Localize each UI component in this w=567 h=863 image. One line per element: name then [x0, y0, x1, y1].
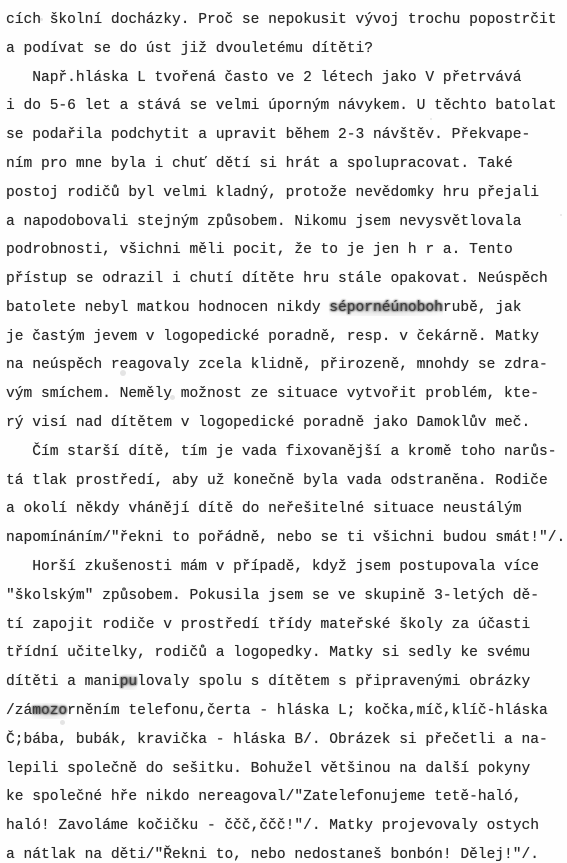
text-line: Č;bába, bubák, kravička - hláska B/. Obr…: [6, 731, 548, 749]
line-text: batolete nebyl matkou hodnocen nikdy: [6, 300, 329, 316]
line-text: rý visí nad dítětem v logopedické poradn…: [6, 415, 530, 431]
text-line: /zámozorněním telefonu,čerta - hláska L;…: [6, 702, 548, 720]
text-line: třídní učitelky, rodičů a logopedky. Mat…: [6, 644, 530, 662]
typewritten-page: cích školní docházky. Proč se nepokusit …: [0, 0, 567, 863]
line-text: napomínáním/"řekni to pořádně, nebo se t…: [6, 530, 565, 546]
line-text: lepili společně do sešitku. Bohužel větš…: [6, 761, 530, 777]
line-text: a podívat se do úst již dvouletému dítět…: [6, 41, 373, 57]
text-line: Čím starší dítě, tím je vada fixovanější…: [6, 443, 556, 461]
text-line: ke společné hře nikdo nereagoval/"Zatele…: [6, 788, 522, 806]
text-line: je častým jevem v logopedické poradně, r…: [6, 328, 539, 346]
overstrike-correction: mozo: [32, 703, 67, 719]
line-text: tí zapojit rodiče v prostředí třídy mate…: [6, 617, 530, 633]
text-line: a nátlak na děti/"Řekni to, nebo nedosta…: [6, 846, 539, 863]
paper-speck: [170, 395, 175, 400]
text-line: a podívat se do úst již dvouletému dítět…: [6, 40, 373, 58]
line-text: cích školní docházky. Proč se nepokusit …: [6, 12, 556, 28]
paper-speck: [560, 214, 562, 216]
paper-speck: [243, 418, 245, 420]
text-line: Horší zkušenosti mám v případě, když jse…: [6, 558, 539, 576]
line-text: haló! Zavoláme kočičku - ččč,ččč!"/. Mat…: [6, 818, 539, 834]
text-line: a okolí někdy vhánějí dítě do neřešiteln…: [6, 500, 522, 518]
line-text: vým smíchem. Neměly možnost ze situace v…: [6, 386, 539, 402]
line-text: je častým jevem v logopedické poradně, r…: [6, 329, 539, 345]
line-text: tá tlak prostředí, aby už konečně byla v…: [6, 473, 548, 489]
text-line: dítěti a manipulovaly spolu s dítětem s …: [6, 673, 530, 691]
text-line: na neúspěch reagovaly zcela klidně, přir…: [6, 356, 548, 374]
line-text: ke společné hře nikdo nereagoval/"Zatele…: [6, 789, 522, 805]
text-line: podrobnosti, všichni měli pocit, že to j…: [6, 241, 513, 259]
line-text: podrobnosti, všichni měli pocit, že to j…: [6, 242, 513, 258]
line-text: a okolí někdy vhánějí dítě do neřešiteln…: [6, 501, 522, 517]
text-line: lepili společně do sešitku. Bohužel větš…: [6, 760, 530, 778]
text-line: haló! Zavoláme kočičku - ččč,ččč!"/. Mat…: [6, 817, 539, 835]
paper-speck: [120, 370, 126, 376]
text-line: Např.hláska L tvořená často ve 2 létech …: [6, 69, 522, 87]
text-line: rý visí nad dítětem v logopedické poradn…: [6, 414, 530, 432]
line-text: rněním telefonu,čerta - hláska L; kočka,…: [67, 703, 548, 719]
line-text: lovaly spolu s dítětem s připravenými ob…: [137, 674, 530, 690]
line-text: Č;bába, bubák, kravička - hláska B/. Obr…: [6, 732, 548, 748]
paper-speck: [40, 18, 43, 21]
text-line: ním pro mne byla i chuť dětí si hrát a s…: [6, 155, 513, 173]
text-line: a napodobovali stejným způsobem. Nikomu …: [6, 213, 522, 231]
text-line: vým smíchem. Neměly možnost ze situace v…: [6, 385, 539, 403]
line-text: Horší zkušenosti mám v případě, když jse…: [6, 559, 539, 575]
paper-speck: [60, 720, 65, 725]
text-line: cích školní docházky. Proč se nepokusit …: [6, 11, 556, 29]
text-line: napomínáním/"řekni to pořádně, nebo se t…: [6, 529, 565, 547]
text-line: postoj rodičů byl velmi kladný, protože …: [6, 184, 539, 202]
line-text: i do 5-6 let a stává se velmi úporným ná…: [6, 98, 556, 114]
text-line: se podařila podchytit a upravit během 2-…: [6, 126, 530, 144]
line-text: ním pro mne byla i chuť dětí si hrát a s…: [6, 156, 513, 172]
line-text: třídní učitelky, rodičů a logopedky. Mat…: [6, 645, 530, 661]
line-text: na neúspěch reagovaly zcela klidně, přir…: [6, 357, 548, 373]
line-text: a nátlak na děti/"Řekni to, nebo nedosta…: [6, 847, 539, 863]
line-text: rubě, jak: [443, 300, 522, 316]
line-text: postoj rodičů byl velmi kladný, protože …: [6, 185, 539, 201]
text-line: batolete nebyl matkou hodnocen nikdy sép…: [6, 299, 522, 317]
line-text: /zá: [6, 703, 32, 719]
line-text: dítěti a mani: [6, 674, 120, 690]
line-text: přístup se odrazil i chutí dítěte hru st…: [6, 271, 548, 287]
text-line: tí zapojit rodiče v prostředí třídy mate…: [6, 616, 530, 634]
text-line: tá tlak prostředí, aby už konečně byla v…: [6, 472, 548, 490]
overstrike-correction: pu: [120, 674, 137, 690]
line-text: a napodobovali stejným způsobem. Nikomu …: [6, 214, 522, 230]
overstrike-correction: sépornéúnoboh: [329, 300, 443, 316]
text-line: "školským" způsobem. Pokusila jsem se ve…: [6, 587, 539, 605]
text-line: i do 5-6 let a stává se velmi úporným ná…: [6, 97, 556, 115]
line-text: Např.hláska L tvořená často ve 2 létech …: [6, 70, 522, 86]
line-text: se podařila podchytit a upravit během 2-…: [6, 127, 530, 143]
line-text: "školským" způsobem. Pokusila jsem se ve…: [6, 588, 539, 604]
text-line: přístup se odrazil i chutí dítěte hru st…: [6, 270, 548, 288]
paper-speck: [430, 118, 432, 120]
line-text: Čím starší dítě, tím je vada fixovanější…: [6, 444, 556, 460]
